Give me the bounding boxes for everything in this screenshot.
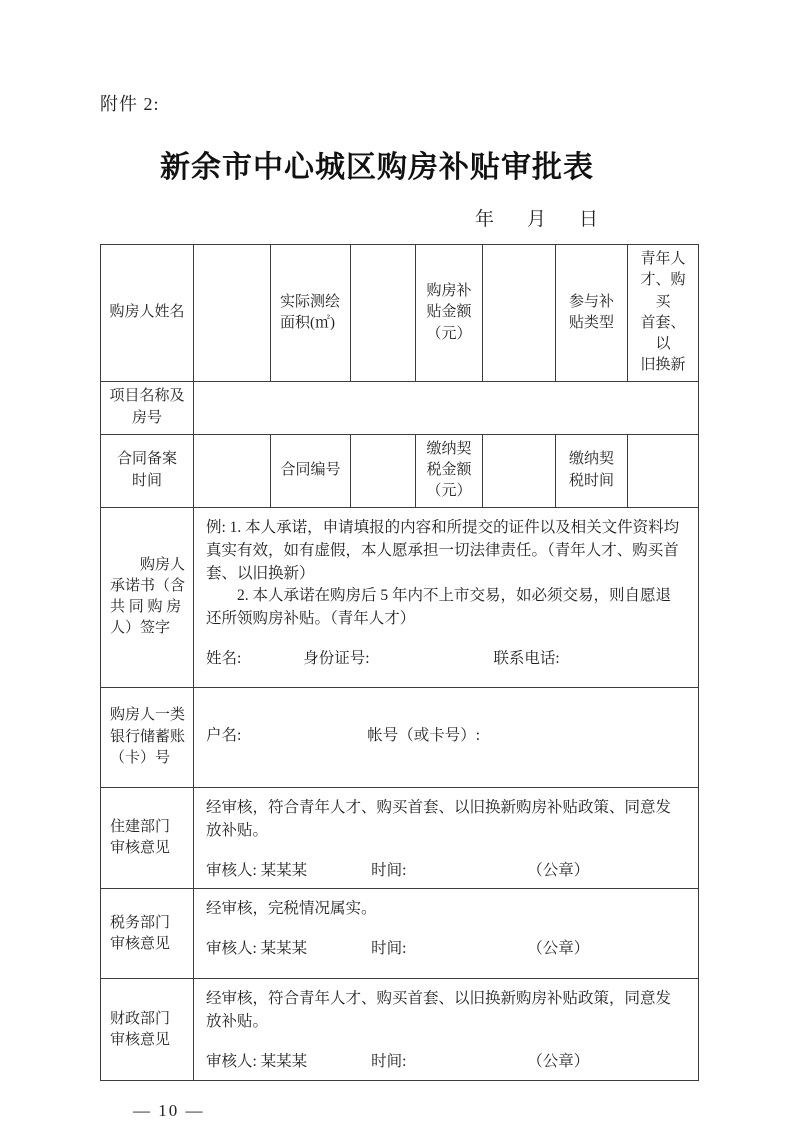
commitment-content: 例: 1. 本人承诺，申请填报的内容和所提交的证件以及相关文件资料均真实有效，如… — [194, 507, 699, 687]
tax-dept-content: 经审核，完税情况属实。 审核人: 某某某 时间: （公章） — [194, 889, 699, 979]
contract-record-time-value-cell — [194, 434, 271, 507]
bank-account-row: 购房人一类 银行储蓄账 （卡）号 户名: 帐号（或卡号）: — [101, 687, 699, 787]
reviewer-field-label: 审核人: 某某某 — [206, 940, 307, 957]
reviewer-field-label: 审核人: 某某某 — [206, 1053, 307, 1070]
approval-form-table: 购房人姓名 实际测绘 面积(㎡) 购房补 贴金额 （元） 参与补 贴类型 青年人… — [100, 244, 699, 1081]
page-number: — 10 — — [133, 1101, 698, 1121]
deed-tax-amount-label: 缴纳契 税金额 （元） — [416, 434, 483, 507]
finance-dept-row: 财政部门 审核意见 经审核，符合青年人才、购买首套、以旧换新购房补贴政策，同意发… — [101, 979, 699, 1081]
project-name-value-cell — [194, 381, 699, 434]
housing-dept-label: 住建部门 审核意见 — [101, 787, 194, 889]
date-month-label: 月 — [527, 204, 546, 231]
deed-tax-amount-value-cell — [483, 434, 556, 507]
buyer-name-label: 购房人姓名 — [101, 245, 194, 382]
housing-dept-signature-line: 审核人: 某某某 时间: （公章） — [206, 860, 686, 883]
id-number-field-label: 身份证号: — [303, 650, 369, 667]
seal-label: （公章） — [527, 862, 589, 879]
surveyed-area-label: 实际测绘 面积(㎡) — [271, 245, 351, 382]
contract-number-label: 合同编号 — [271, 434, 351, 507]
seal-label: （公章） — [527, 1053, 589, 1070]
bank-account-content: 户名: 帐号（或卡号）: — [194, 687, 699, 787]
contract-number-value-cell — [351, 434, 416, 507]
subsidy-type-value: 青年人 才、购买 首套、以 旧换新 — [628, 245, 699, 382]
subsidy-amount-value-cell — [483, 245, 556, 382]
time-field-label: 时间: — [371, 940, 406, 957]
document-page: 附件 2: 新余市中心城区购房补贴审批表 年 月 日 购房人姓名 实际测绘 面积… — [0, 0, 793, 1122]
deed-tax-time-label: 缴纳契 税时间 — [556, 434, 628, 507]
account-name-field-label: 户名: — [206, 727, 241, 744]
tax-dept-label: 税务部门 审核意见 — [101, 889, 194, 979]
seal-label: （公章） — [527, 940, 589, 957]
reviewer-field-label: 审核人: 某某某 — [206, 862, 307, 879]
housing-dept-content: 经审核，符合青年人才、购买首套、以旧换新购房补贴政策、同意发放补贴。 审核人: … — [194, 787, 699, 889]
commitment-example-2: 2. 本人承诺在购房后 5 年内不上市交易，如必须交易，则自愿退还所领购房补贴。… — [206, 585, 686, 631]
name-field-label: 姓名: — [206, 650, 241, 667]
finance-dept-content: 经审核，符合青年人才、购买首套、以旧换新购房补贴政策，同意发放补贴。 审核人: … — [194, 979, 699, 1081]
phone-field-label: 联系电话: — [493, 650, 559, 667]
buyer-name-value-cell — [194, 245, 271, 382]
finance-dept-opinion: 经审核，符合青年人才、购买首套、以旧换新购房补贴政策，同意发放补贴。 — [206, 988, 686, 1034]
deed-tax-time-value-cell — [628, 434, 699, 507]
commitment-signature-line: 姓名: 身份证号: 联系电话: — [206, 648, 686, 671]
date-day-label: 日 — [579, 204, 598, 231]
housing-dept-opinion: 经审核，符合青年人才、购买首套、以旧换新购房补贴政策、同意发放补贴。 — [206, 797, 686, 843]
commitment-example-1: 例: 1. 本人承诺，申请填报的内容和所提交的证件以及相关文件资料均真实有效，如… — [206, 517, 686, 586]
date-line: 年 月 日 — [100, 204, 698, 231]
buyer-row: 购房人姓名 实际测绘 面积(㎡) 购房补 贴金额 （元） 参与补 贴类型 青年人… — [101, 245, 699, 382]
finance-dept-label: 财政部门 审核意见 — [101, 979, 194, 1081]
tax-dept-row: 税务部门 审核意见 经审核，完税情况属实。 审核人: 某某某 时间: （公章） — [101, 889, 699, 979]
bank-account-label: 购房人一类 银行储蓄账 （卡）号 — [101, 687, 194, 787]
date-year-label: 年 — [475, 204, 494, 231]
commitment-row: 购房人 承诺书（含 共 同 购 房 人）签字 例: 1. 本人承诺，申请填报的内… — [101, 507, 699, 687]
account-number-field-label: 帐号（或卡号）: — [367, 727, 480, 744]
tax-dept-opinion: 经审核，完税情况属实。 — [206, 898, 686, 921]
attachment-label: 附件 2: — [100, 90, 698, 116]
commitment-label: 购房人 承诺书（含 共 同 购 房 人）签字 — [101, 507, 194, 687]
contract-row: 合同备案 时间 合同编号 缴纳契 税金额 （元） 缴纳契 税时间 — [101, 434, 699, 507]
page-title: 新余市中心城区购房补贴审批表 — [100, 142, 654, 186]
project-name-label: 项目名称及 房号 — [101, 381, 194, 434]
subsidy-type-label: 参与补 贴类型 — [556, 245, 628, 382]
tax-dept-signature-line: 审核人: 某某某 时间: （公章） — [206, 938, 686, 961]
time-field-label: 时间: — [371, 1053, 406, 1070]
contract-record-time-label: 合同备案 时间 — [101, 434, 194, 507]
subsidy-amount-label: 购房补 贴金额 （元） — [416, 245, 483, 382]
housing-dept-row: 住建部门 审核意见 经审核，符合青年人才、购买首套、以旧换新购房补贴政策、同意发… — [101, 787, 699, 889]
time-field-label: 时间: — [371, 862, 406, 879]
finance-dept-signature-line: 审核人: 某某某 时间: （公章） — [206, 1051, 686, 1074]
surveyed-area-value-cell — [351, 245, 416, 382]
project-row: 项目名称及 房号 — [101, 381, 699, 434]
